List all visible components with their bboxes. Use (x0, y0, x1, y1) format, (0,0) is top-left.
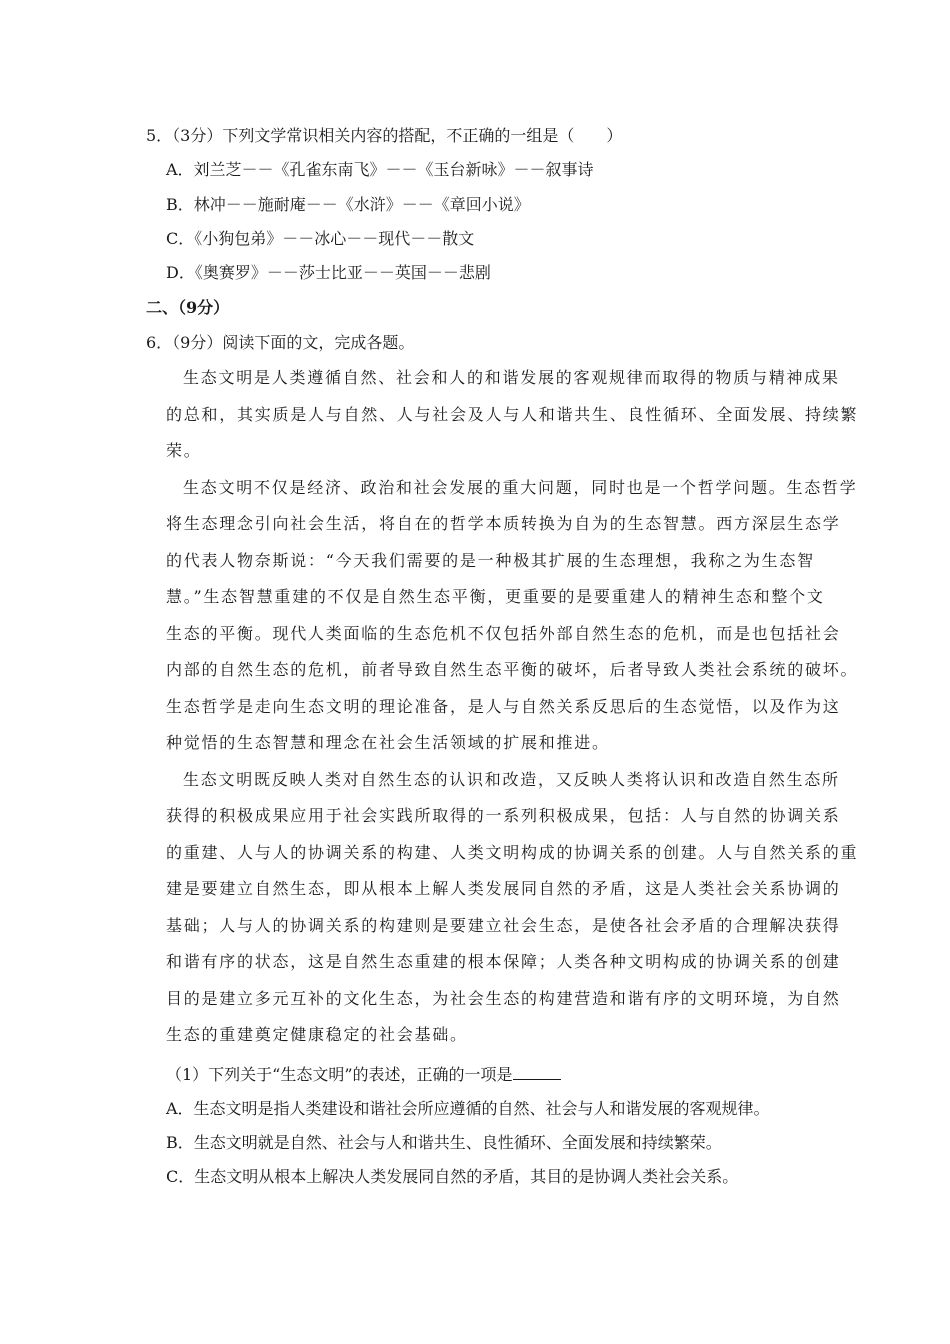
passage-line: 生态的平衡。现代人类面临的生态危机不仅包括外部自然生态的危机，而是也包括社会 (166, 624, 841, 644)
passage-line: 的重建、人与人的协调关系的构建、人类文明构成的协调关系的创建。人与自然关系的重 (166, 843, 858, 863)
answer-blank (513, 1065, 561, 1080)
sub-question-1-text: （1）下列关于“生态文明”的表述，正确的一项是 (166, 1065, 513, 1084)
sub-question-1-option-a: A．生态文明是指人类建设和谐社会所应遵循的自然、社会与人和谐发展的客观规律。 (166, 1099, 770, 1119)
passage-line: 内部的自然生态的危机，前者导致自然生态平衡的破坏，后者导致人类社会系统的破坏。 (166, 660, 858, 680)
passage-line: 基础；人与人的协调关系的构建则是要建立社会生态，是使各社会矛盾的合理解决获得 (166, 916, 841, 936)
question-5-option-d: D．《奥赛罗》－－莎士比亚－－英国－－悲剧 (166, 263, 491, 283)
passage-line: 生态文明不仅是经济、政治和社会发展的重大问题，同时也是一个哲学问题。生态哲学 (183, 478, 858, 498)
question-5-stem: 5．（3分）下列文学常识相关内容的搭配，不正确的一组是（ ） (146, 126, 622, 146)
passage-line: 将生态理念引向社会生活，将自在的哲学本质转换为自为的生态智慧。西方深层生态学 (166, 514, 841, 534)
passage-line: 获得的积极成果应用于社会实践所取得的一系列积极成果，包括：人与自然的协调关系 (166, 806, 841, 826)
passage-line: 生态的重建奠定健康稳定的社会基础。 (166, 1025, 468, 1045)
passage-line: 的总和，其实质是人与自然、人与社会及人与人和谐共生、良性循环、全面发展、持续繁 (166, 405, 858, 425)
question-6-stem: 6．（9分）阅读下面的文，完成各题。 (146, 333, 414, 353)
sub-question-1-option-b: B．生态文明就是自然、社会与人和谐共生、良性循环、全面发展和持续繁荣。 (166, 1133, 722, 1153)
sub-question-1-stem: （1）下列关于“生态文明”的表述，正确的一项是 (166, 1065, 561, 1085)
question-5-option-c: C．《小狗包弟》－－冰心－－现代－－散文 (166, 229, 474, 249)
question-5-option-b: B．林冲－－施耐庵－－《水浒》－－《章回小说》 (166, 195, 530, 215)
passage-line: 种觉悟的生态智慧和理念在社会生活领域的扩展和推进。 (166, 733, 610, 753)
passage-line: 慧。”生态智慧重建的不仅是自然生态平衡，更重要的是要重建人的精神生态和整个文 (166, 587, 825, 607)
passage-line: 生态文明既反映人类对自然生态的认识和改造，又反映人类将认识和改造自然生态所 (183, 770, 840, 790)
passage-line: 生态哲学是走向生态文明的理论准备，是人与自然关系反思后的生态觉悟，以及作为这 (166, 697, 841, 717)
passage-line: 和谐有序的状态，这是自然生态重建的根本保障；人类各种文明构成的协调关系的创建 (166, 952, 841, 972)
passage-line: 的代表人物奈斯说：“今天我们需要的是一种极其扩展的生态理想，我称之为生态智 (166, 551, 815, 571)
passage-line: 建是要建立自然生态，即从根本上解人类发展同自然的矛盾，这是人类社会关系协调的 (166, 879, 841, 899)
passage-line: 目的是建立多元互补的文化生态，为社会生态的构建营造和谐有序的文明环境，为自然 (166, 989, 841, 1009)
question-5-option-a: A．刘兰芝－－《孔雀东南飞》－－《玉台新咏》－－叙事诗 (166, 160, 594, 180)
sub-question-1-option-c: C．生态文明从根本上解决人类发展同自然的矛盾，其目的是协调人类社会关系。 (166, 1167, 738, 1187)
passage-line: 生态文明是人类遵循自然、社会和人的和谐发展的客观规律而取得的物质与精神成果 (183, 368, 840, 388)
section-2-heading: 二、（9分） (146, 298, 229, 318)
passage-line: 荣。 (166, 441, 202, 461)
